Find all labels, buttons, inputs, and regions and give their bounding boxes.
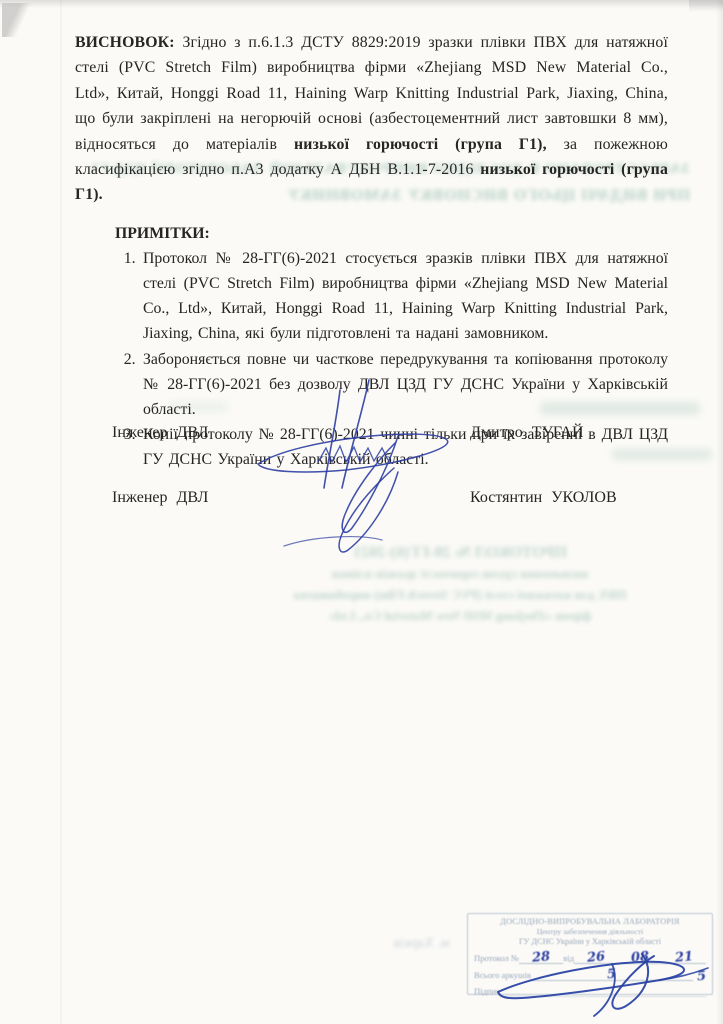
bleedthrough-line: ПВХ для натяжної стелі (PVC Stretch Film… [200, 584, 720, 605]
scan-top-edge [0, 0, 723, 8]
conclusion-label: ВИСНОВОК: [75, 34, 175, 51]
bleedthrough-line: визначення групи горючості зразків плівк… [200, 563, 720, 584]
stamp-line-1: ДОСЛІДНО-ВИПРОБУВАЛЬНА ЛАБОРАТОРІЯ [474, 917, 706, 927]
scan-left-line [60, 0, 62, 1024]
bleedthrough-city: м. Харків [330, 936, 450, 952]
conclusion-bold-1: низької горючості (група Г1), [294, 136, 547, 153]
handwritten-signature-ink [248, 376, 463, 561]
conclusion-paragraph: ВИСНОВОК: Згідно з п.6.1.3 ДСТУ 8829:201… [75, 30, 668, 208]
bleedthrough-line: ПРОТОКОЛ № 28-ГГ(6)-2021 [200, 542, 720, 563]
signer-name-1: Дмитро ТУГАЙ [470, 424, 584, 442]
signer-role-1: Інженер ДВЛ [112, 424, 208, 442]
scan-right-shadow [716, 0, 723, 1024]
bleedthrough-block: ПРОТОКОЛ № 28-ГГ(6)-2021 визначення груп… [200, 542, 720, 626]
signer-name-2: Костянтин УКОЛОВ [470, 489, 617, 507]
document-page: ЗАРЕЄСТРОВАНО В ДОСЛІДНО ВИПРОБУВАЛЬНІЙ … [0, 0, 723, 1024]
stamp-signature-ink [492, 948, 717, 1020]
notes-heading: ПРИМІТКИ: [115, 221, 668, 246]
scan-corner-mark [2, 3, 32, 37]
signer-role-2: Інженер ДВЛ [112, 489, 208, 507]
stamp-line-3: ГУ ДСНС України у Харківській області [474, 937, 706, 947]
stamp-line-2: Центру забезпечення діяльності [474, 927, 706, 937]
bleedthrough-line: фірми «Zhejiang MSD New Material Co., Lt… [200, 605, 720, 626]
note-item: Протокол № 28-ГГ(6)-2021 стосується зраз… [141, 246, 668, 347]
